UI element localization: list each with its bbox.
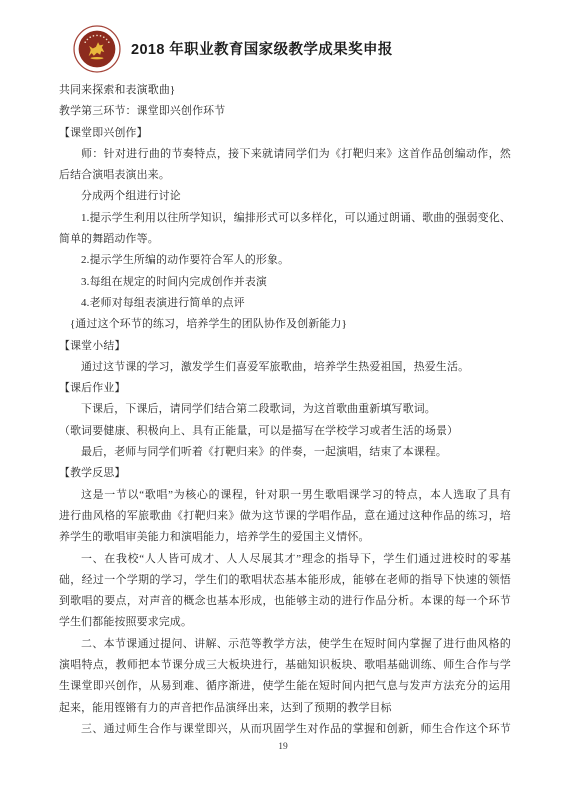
paragraph-line: 【教学反思】 bbox=[59, 463, 511, 484]
page-number: 19 bbox=[0, 742, 566, 752]
paragraph-line: 【课后作业】 bbox=[59, 378, 511, 399]
paragraph-line: 后结合演唱表演出来。 bbox=[59, 165, 511, 186]
paragraph-line: 起来，能用铿锵有力的声音把作品演绎出来，达到了预期的教学目标 bbox=[59, 698, 511, 719]
paragraph-line: 【课堂即兴创作】 bbox=[59, 123, 511, 144]
paragraph-line: {通过这个环节的练习，培养学生的团队协作及创新能力} bbox=[59, 314, 511, 335]
paragraph-line: 共同来探索和表演歌曲} bbox=[59, 80, 511, 101]
paragraph-line: 2.提示学生所编的动作要符合军人的形象。 bbox=[59, 250, 511, 271]
document-body: 共同来探索和表演歌曲}教学第三环节：课堂即兴创作环节【课堂即兴创作】师：针对进行… bbox=[59, 80, 511, 740]
paragraph-line: 进行曲风格的军旅歌曲《打靶归来》做为这节课的学唱作品，意在通过这种作品的练习，培 bbox=[59, 506, 511, 527]
paragraph-line: 分成两个组进行讨论 bbox=[59, 186, 511, 207]
paragraph-line: 最后，老师与同学们听着《打靶归来》的伴奏，一起演唱，结束了本课程。 bbox=[59, 442, 511, 463]
paragraph-line: 二、本节课通过提问、讲解、示范等教学方法，使学生在短时间内掌握了进行曲风格的 bbox=[59, 634, 511, 655]
paragraph-line: 这是一节以“歌唱”为核心的课程，针对职一男生歌唱课学习的特点，本人选取了具有 bbox=[59, 485, 511, 506]
page-title: 2018 年职业教育国家级教学成果奖申报 bbox=[131, 38, 393, 59]
paragraph-line: 一、在我校“人人皆可成才、人人尽展其才”理念的指导下，学生们通过进校时的零基 bbox=[59, 549, 511, 570]
paragraph-line: 到歌唱的要点，对声音的概念也基本形成，也能够主动的进行作品分析。本课的每一个环节 bbox=[59, 591, 511, 612]
paragraph-line: 师：针对进行曲的节奏特点，接下来就请同学们为《打靶归来》这首作品创编动作，然 bbox=[59, 144, 511, 165]
paragraph-line: 通过这节课的学习，激发学生们喜爱军旅歌曲，培养学生热爱祖国，热爱生活。 bbox=[59, 357, 511, 378]
paragraph-line: 学生们都能按照要求完成。 bbox=[59, 612, 511, 633]
paragraph-line: 教学第三环节：课堂即兴创作环节 bbox=[59, 101, 511, 122]
paragraph-line: 生课堂即兴创作，从易到难、循序渐进，使学生能在短时间内把气息与发声方法充分的运用 bbox=[59, 676, 511, 697]
paragraph-line: 简单的舞蹈动作等。 bbox=[59, 229, 511, 250]
paragraph-line: 下课后，下课后，请同学们结合第二段歌词，为这首歌曲重新填写歌词。 bbox=[59, 399, 511, 420]
paragraph-line: 础，经过一个学期的学习，学生们的歌唱状态基本能形成，能够在老师的指导下快速的领悟 bbox=[59, 570, 511, 591]
paragraph-line: （歌词要健康、积极向上、具有正能量，可以是描写在学校学习或者生活的场景） bbox=[59, 421, 511, 442]
paragraph-line: 养学生的歌唱审美能力和演唱能力，培养学生的爱国主义情怀。 bbox=[59, 527, 511, 548]
document-header: 2018 年职业教育国家级教学成果奖申报 bbox=[0, 0, 566, 78]
paragraph-line: 4.老师对每组表演进行简单的点评 bbox=[59, 293, 511, 314]
paragraph-line: 演唱特点，教师把本节课分成三大板块进行，基础知识板块、歌唱基础训练、师生合作与学 bbox=[59, 655, 511, 676]
paragraph-line: 【课堂小结】 bbox=[59, 336, 511, 357]
document-page: 2018 年职业教育国家级教学成果奖申报 共同来探索和表演歌曲}教学第三环节：课… bbox=[0, 0, 566, 800]
school-seal-icon bbox=[73, 25, 121, 73]
paragraph-line: 1.提示学生利用以往所学知识，编排形式可以多样化，可以通过朗诵、歌曲的强弱变化、 bbox=[59, 208, 511, 229]
paragraph-line: 三、通过师生合作与课堂即兴，从而巩固学生对作品的掌握和创新，师生合作这个环节 bbox=[59, 719, 511, 740]
paragraph-line: 3.每组在规定的时间内完成创作并表演 bbox=[59, 272, 511, 293]
